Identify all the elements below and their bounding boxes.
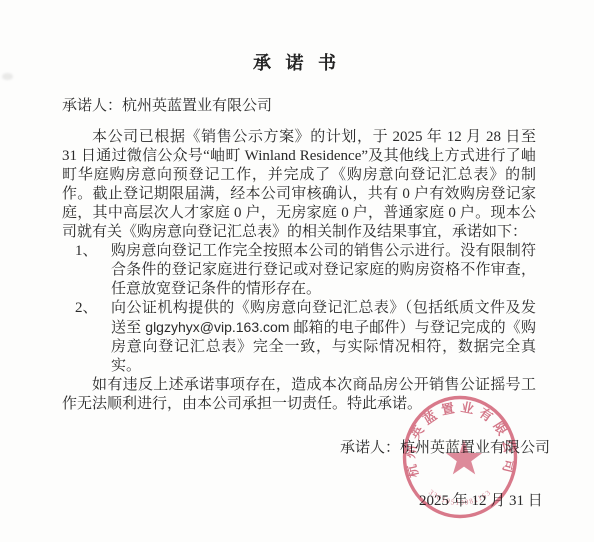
- promisor-company: 杭州英蓝置业有限公司: [122, 98, 272, 114]
- seal-star-icon: [446, 440, 482, 474]
- list-item-1-marker: 1、: [75, 242, 98, 261]
- promisor-label: 承诺人：: [62, 98, 122, 114]
- document-title: 承 诺 书: [0, 49, 594, 75]
- seal-registration-code: 33010510081163: [427, 488, 493, 507]
- promisor-line: 承诺人：杭州英蓝置业有限公司: [62, 94, 272, 115]
- list-item-2: 2、 向公证机构提供的《购房意向登记汇总表》（包括纸质文件及发送至 glgzyh…: [62, 299, 536, 376]
- list-item-1: 1、 购房意向登记工作完全按照本公司的销售公示进行。没有限制符合条件的登记家庭进…: [62, 242, 536, 299]
- notary-email-address: glgzyhyx@vip.163.com: [145, 319, 289, 335]
- intro-paragraph: 本公司已根据《销售公示方案》的计划，于 2025 年 12 月 28 日至 31…: [62, 128, 536, 242]
- scanned-commitment-letter: 承 诺 书 承诺人：杭州英蓝置业有限公司 本公司已根据《销售公示方案》的计划，于…: [0, 0, 594, 542]
- list-item-2-marker: 2、: [75, 299, 98, 318]
- document-body: 本公司已根据《销售公示方案》的计划，于 2025 年 12 月 28 日至 31…: [62, 128, 536, 414]
- company-seal-stamp-icon: 杭州英蓝置业有限公司 33010510081163: [398, 393, 522, 521]
- signature-label: 承诺人：: [340, 440, 400, 456]
- list-item-1-text: 购房意向登记工作完全按照本公司的销售公示进行。没有限制符合条件的登记家庭进行登记…: [111, 243, 536, 297]
